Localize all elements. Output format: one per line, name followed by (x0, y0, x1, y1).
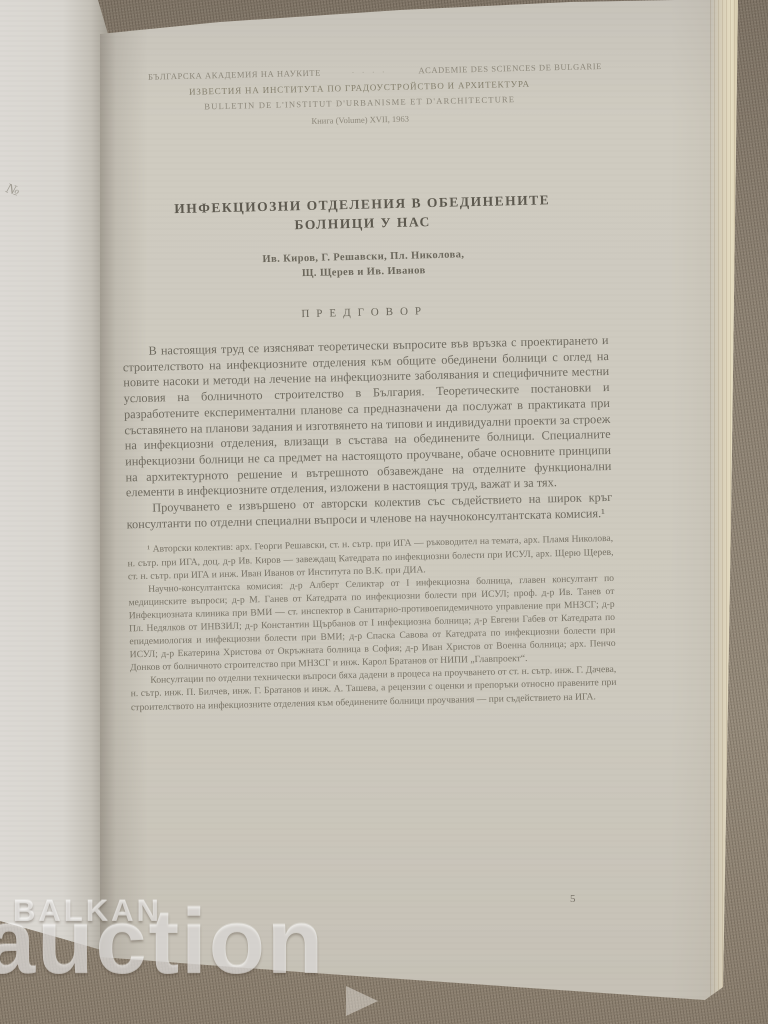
journal-volume-year: Книга (Volume) XVII, 1963 (117, 109, 603, 130)
page-edge-stack (710, 0, 740, 1024)
watermark-arrow-icon (346, 986, 378, 1016)
book-page: БЪЛГАРСКА АКАДЕМИЯ НА НАУКИТЕ · · · · AC… (100, 0, 740, 1024)
page-text-block: БЪЛГАРСКА АКАДЕМИЯ НА НАУКИТЕ · · · · AC… (116, 61, 617, 714)
body-paragraph-1: В настоящия труд се изясняват теоретичес… (122, 333, 612, 501)
journal-header-bulgarian: БЪЛГАРСКА АКАДЕМИЯ НА НАУКИТЕ (148, 68, 321, 82)
book-photo: № БЪЛГАРСКА АКАДЕМИЯ НА НАУКИТЕ · · · · … (0, 0, 768, 1024)
section-heading-preface: ПРЕДГОВОР (122, 301, 608, 324)
watermark-auction: auction (0, 896, 325, 988)
header-separator-dots: · · · · (321, 67, 419, 77)
facing-page (0, 0, 108, 1024)
article-title: ИНФЕКЦИОЗНИ ОТДЕЛЕНИЯ В ОБЕДИНЕНИТЕ БОЛН… (119, 189, 606, 238)
footnote-block: ¹ Авторски колектив: арх. Георги Решавск… (127, 532, 617, 714)
footnote-2: Научно-консултантска комисия: д-р Алберт… (128, 572, 616, 675)
page-number: 5 (570, 893, 576, 905)
article-authors: Ив. Киров, Г. Решавски, Пл. Николова, Щ.… (120, 244, 607, 285)
journal-header-french: ACADEMIE DES SCIENCES DE BULGARIE (418, 61, 602, 75)
